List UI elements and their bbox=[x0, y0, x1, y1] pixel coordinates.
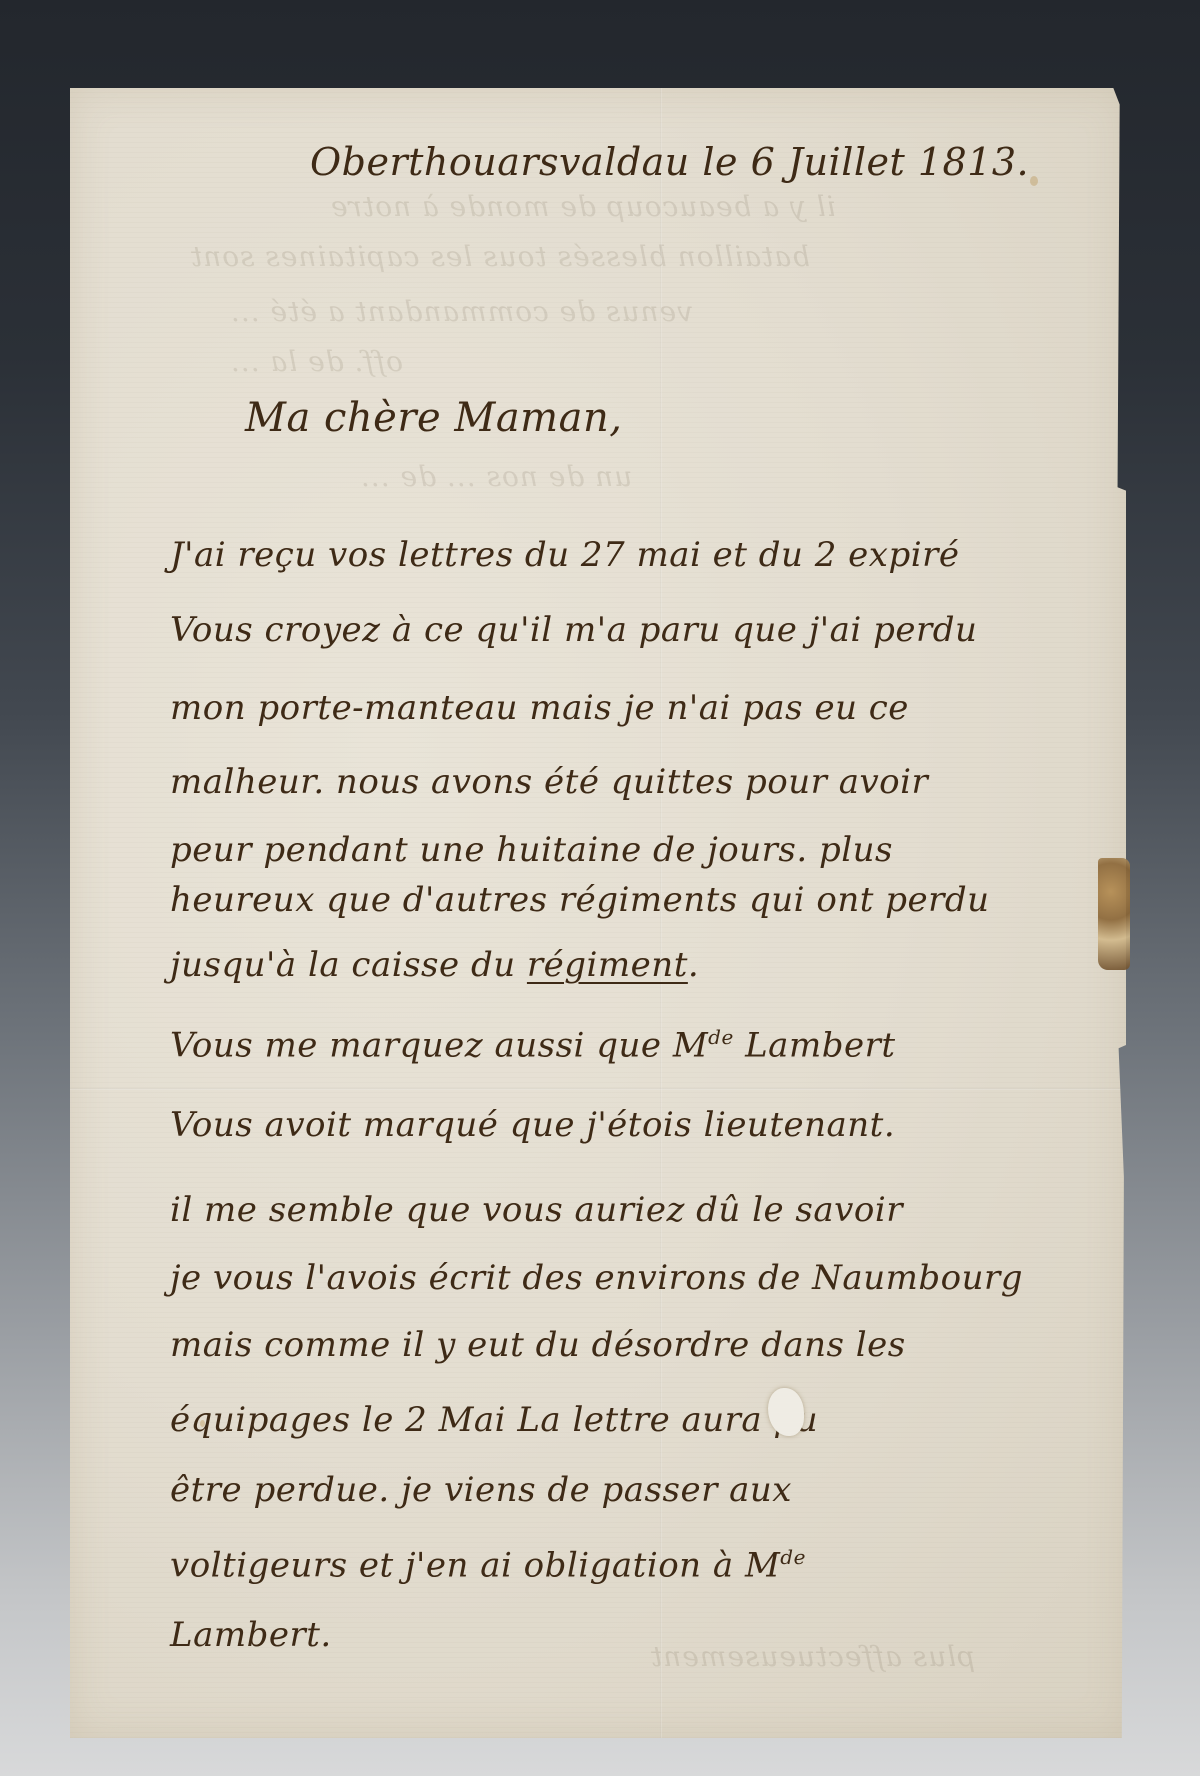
bleed-through-text: il y a beaucoup de monde à notre bbox=[330, 190, 836, 223]
superscript-abbrev: de bbox=[780, 1545, 806, 1569]
letter-line: J'ai reçu vos lettres du 27 mai et du 2 … bbox=[170, 535, 959, 575]
bleed-through-text: venus de commandant a été ... bbox=[230, 295, 693, 328]
bleed-through-text: plus affectueusement bbox=[650, 1640, 975, 1673]
letter-line: équipages le 2 Mai La lettre aura pu bbox=[170, 1400, 818, 1440]
horizontal-fold-crease bbox=[70, 1088, 1126, 1090]
letter-line-text: voltigeurs et j'en ai obligation à M bbox=[170, 1545, 780, 1585]
letter-salutation: Ma chère Maman, bbox=[245, 395, 622, 441]
bleed-through-text: bataillon blessés tous les capitaines so… bbox=[190, 240, 810, 273]
letter-line: mais comme il y eut du désordre dans les bbox=[170, 1325, 906, 1365]
letter-line-text: Vous me marquez aussi que M bbox=[170, 1025, 708, 1065]
letter-line-text: Lambert bbox=[734, 1025, 896, 1065]
torn-edge-repair bbox=[1098, 858, 1130, 970]
bleed-through-text: un de nos ... de ... bbox=[360, 460, 632, 493]
letter-line-text: . bbox=[688, 945, 699, 985]
letter-line: peur pendant une huitaine de jours. plus bbox=[170, 830, 893, 870]
letter-line: je vous l'avois écrit des environs de Na… bbox=[170, 1258, 1023, 1298]
letter-line: Vous me marquez aussi que Mde Lambert bbox=[170, 1025, 896, 1065]
underlined-word: régiment bbox=[527, 945, 688, 985]
letter-dateline: Oberthouarsvaldau le 6 Juillet 1813. bbox=[310, 140, 1029, 184]
paper-stain bbox=[1030, 176, 1038, 186]
letter-line-text: jusqu'à la caisse du bbox=[170, 945, 527, 985]
letter-line: malheur. nous avons été quittes pour avo… bbox=[170, 762, 928, 802]
letter-line: Lambert. bbox=[170, 1615, 332, 1655]
letter-line: mon porte-manteau mais je n'ai pas eu ce bbox=[170, 688, 909, 728]
letter-line: Vous croyez à ce qu'il m'a paru que j'ai… bbox=[170, 610, 977, 650]
bleed-through-text: off. de la ... bbox=[230, 345, 403, 378]
letter-line: heureux que d'autres régiments qui ont p… bbox=[170, 880, 990, 920]
letter-line: voltigeurs et j'en ai obligation à Mde bbox=[170, 1545, 806, 1585]
letter-line: jusqu'à la caisse du régiment. bbox=[170, 945, 699, 985]
letter-line: Vous avoit marqué que j'étois lieutenant… bbox=[170, 1105, 895, 1145]
letter-line: être perdue. je viens de passer aux bbox=[170, 1470, 792, 1510]
letter-line: il me semble que vous auriez dû le savoi… bbox=[170, 1190, 903, 1230]
superscript-abbrev: de bbox=[708, 1025, 734, 1049]
